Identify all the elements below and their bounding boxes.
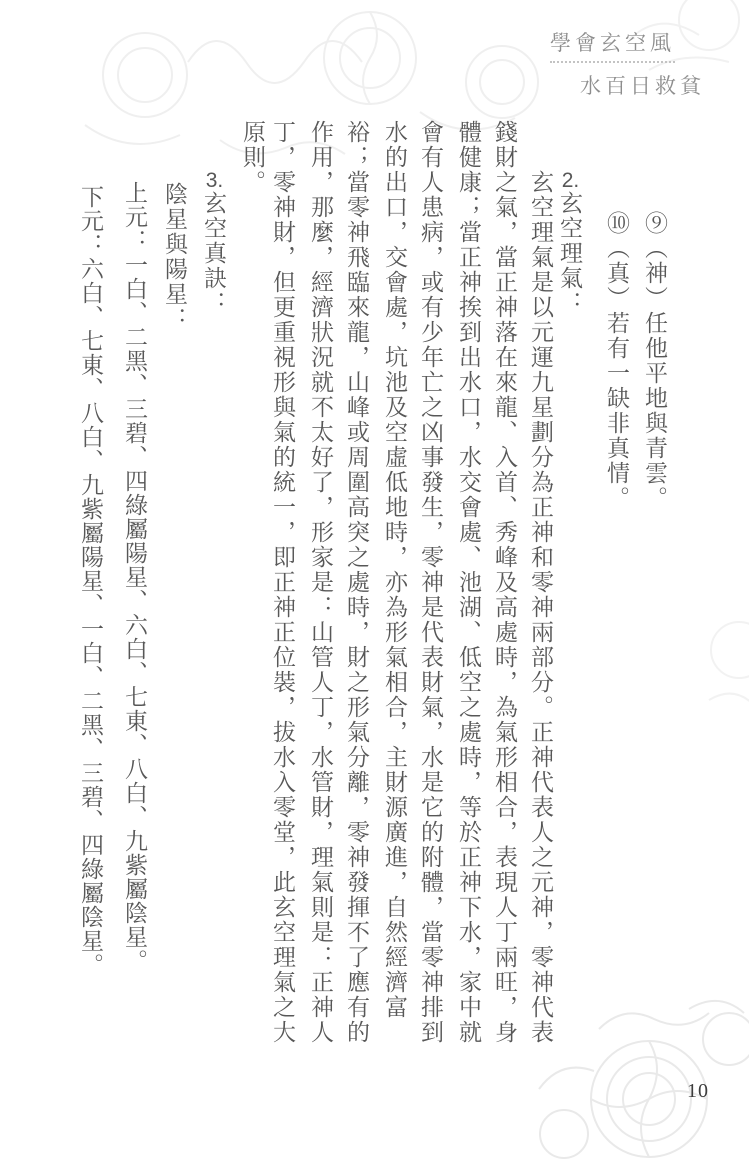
paragraph-column: 水的出口，交會處，坑池及空虛低地時，亦為形氣相合，主財源廣進，自然經濟富 — [382, 120, 407, 1020]
book-page: 學會玄空風 水百日救貧 ⑨（神）任他平地與青雲。 ⑩（真）若有一缺非真情。 2.… — [0, 0, 749, 1159]
paragraph-column: 作用，那麼，經濟狀況就不太好了，形家是：山管人丁，水管財，理氣則是：正神人 — [308, 120, 333, 1045]
paragraph-column: 原則。 — [240, 120, 265, 195]
section-3-subheading: 陰星與陽星： — [162, 182, 187, 332]
section-3-number: 3. — [203, 170, 226, 191]
floral-ornament-bottom-right — [529, 969, 749, 1159]
floral-ornament-right-middle — [679, 600, 749, 740]
paragraph-column: 裕；當零神飛臨來龍，山峰或周圍高突之處時，財之形氣分離，零神發揮不了應有的 — [344, 120, 369, 1045]
page-number: 10 — [687, 1080, 709, 1103]
paragraph-column: 玄空理氣是以元運九星劃分為正神和零神兩部分。正神代表人之元神，零神代表 — [528, 170, 553, 1045]
book-title-line1: 學會玄空風 — [550, 27, 675, 63]
paragraph-column: 丁，零神財，但更重視形與氣的統一，即正神正位裝，拔水入零堂，此玄空理氣之大 — [270, 120, 295, 1045]
section-2-heading-text: 玄空理氣： — [557, 191, 583, 316]
book-title-line2: 水百日救貧 — [550, 70, 705, 100]
section-2-heading: 2.玄空理氣： — [557, 170, 583, 316]
upper-period-line: 上元：一白、二黑、三碧、四綠屬陽星、六白、七東、八白、九紫屬陰星。 — [122, 181, 147, 973]
list-item-9: ⑨（神）任他平地與青雲。 — [642, 211, 667, 511]
running-head-line1-wrap: 學會玄空風 — [550, 27, 705, 63]
section-3-heading-text: 玄空真訣： — [201, 191, 227, 316]
list-item-10: ⑩（真）若有一缺非真情。 — [604, 211, 629, 511]
paragraph-column: 體健康；當正神挨到出水口，水交會處、池湖、低空之處時，等於正神下水，家中就 — [456, 120, 481, 1045]
section-2-number: 2. — [559, 170, 582, 191]
paragraph-column: 會有人患病，或有少年亡之凶事發生，零神是代表財氣，水是它的附體，當零神排到 — [418, 120, 443, 1045]
section-3-heading: 3.玄空真訣： — [201, 170, 227, 316]
lower-period-line: 下元：六白、七東、八白、九紫屬陽星、一白、二黑、三碧、四綠屬陰星。 — [78, 185, 103, 977]
running-head: 學會玄空風 水百日救貧 — [550, 27, 705, 100]
paragraph-column: 錢財之氣，當正神落在來龍、入首、秀峰及高處時，為氣形相合，表現人丁兩旺，身 — [492, 120, 517, 1045]
